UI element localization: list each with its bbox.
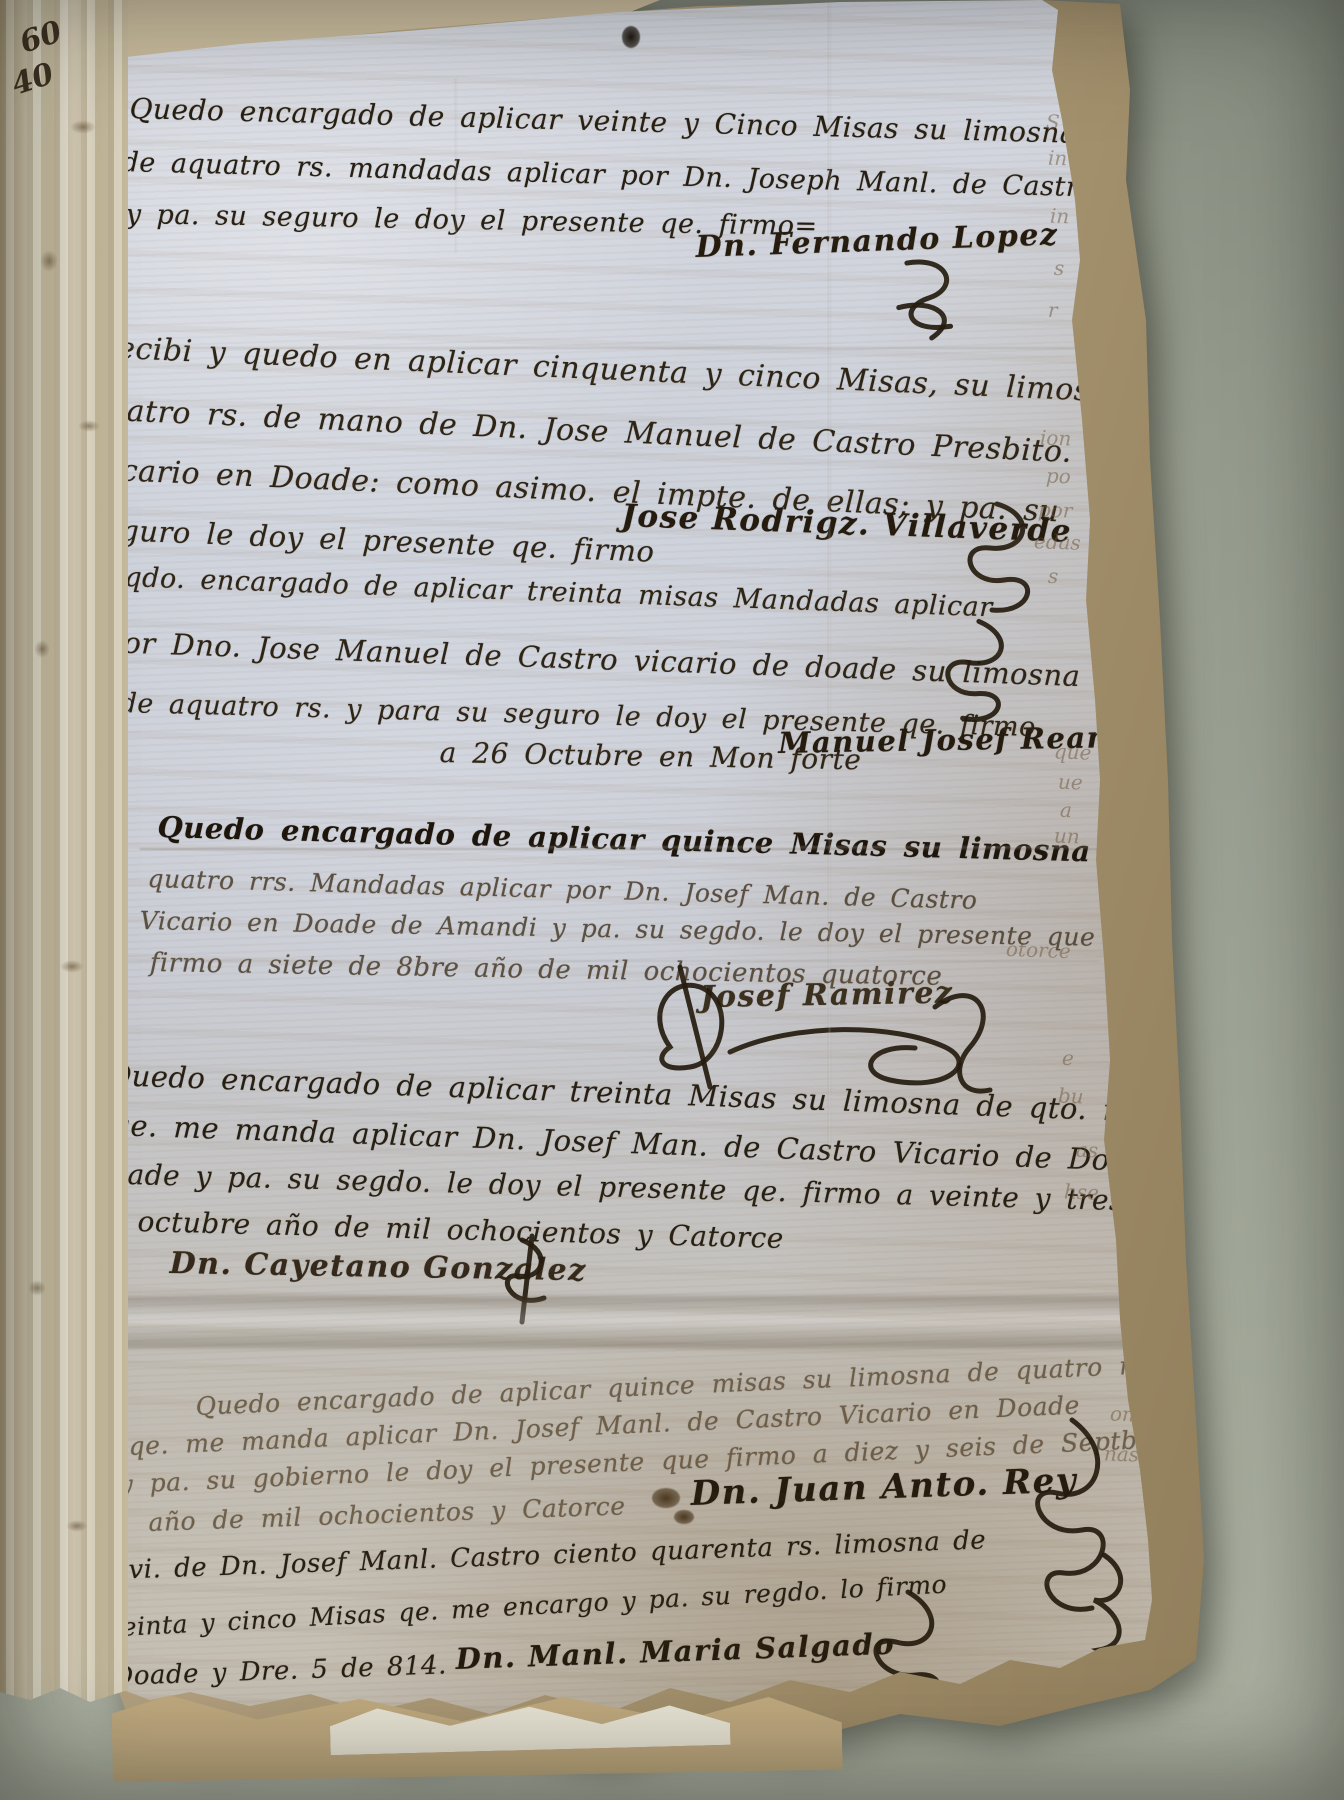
ink-stain [622, 26, 640, 48]
manuscript-line: de aquatro rs. mandadas aplicar por Dn. … [121, 147, 1096, 204]
ink-smudge [34, 640, 50, 658]
rubric-flourish-icon [915, 608, 1037, 739]
manuscript-line: Doade y Dre. 5 de 814. [112, 1650, 447, 1692]
bleed-through-fragment: ue [1058, 770, 1084, 795]
crease [95, 345, 1125, 349]
rubric-flourish-icon [871, 246, 977, 348]
ink-smudge [70, 120, 96, 134]
bleed-through-fragment: hse [1064, 1179, 1100, 1204]
crease [140, 846, 1140, 850]
bleed-through-fragment: as [1076, 1138, 1099, 1163]
manuscript-line: Quedo encargado de aplicar quince Misas … [157, 810, 1091, 868]
fold-band [118, 1296, 1148, 1348]
manuscript-line: Quedo encargado de aplicar veinte y Cinc… [129, 92, 1077, 150]
bleed-through-fragment: S [1046, 110, 1061, 134]
crease [455, 78, 457, 253]
ink-smudge [78, 420, 100, 432]
bleed-through-fragment: que [1054, 739, 1092, 764]
ink-smudge [66, 1520, 88, 1532]
ink-smudge [40, 250, 58, 272]
fold-crease [828, 0, 831, 1160]
bleed-through-fragment: in [1050, 204, 1070, 229]
paper-stack: Quedo encargado de aplicar veinte y Cinc… [0, 0, 1344, 1800]
bleed-through-fragment: ion [1040, 425, 1072, 450]
bleed-through-fragment: e [1062, 1046, 1075, 1070]
crease [120, 958, 1100, 962]
ink-smudge [28, 1280, 46, 1296]
ink-stain [674, 1510, 694, 1524]
bleed-through-fragment: por [1038, 497, 1073, 522]
bleed-through-fragment: s [1054, 256, 1065, 280]
bleed-through-fragment: r [1048, 298, 1058, 322]
ink-stain [652, 1488, 680, 1508]
bleed-through-fragment: a [1060, 798, 1073, 822]
bleed-through-fragment: nas [1104, 1441, 1140, 1466]
bleed-through-fragment: bu [1058, 1084, 1085, 1109]
photo-of-manuscript: Quedo encargado de aplicar veinte y Cinc… [0, 0, 1344, 1800]
signature: Dn. Manl. Maria Salgado [455, 1627, 896, 1676]
ink-smudge [60, 960, 84, 973]
bleed-through-fragment: edas [1034, 529, 1082, 555]
manuscript-line: año de mil ochocientos y Catorce [148, 1491, 626, 1537]
manuscript-line: qdo. encargado de aplicar treinta misas … [124, 562, 993, 623]
ink-stain [1200, 0, 1216, 12]
manuscript-line: seguro le doy el presente qe. firmo [87, 512, 656, 569]
bleed-through-fragment: po [1046, 464, 1072, 489]
left-page-edge [0, 0, 128, 1708]
bleed-through-fragment: s [1048, 564, 1059, 588]
bleed-through-fragment: in [1048, 146, 1068, 171]
bleed-through-fragment: un [1054, 824, 1081, 849]
manuscript-line: quatro rrs. Mandadas aplicar por Dn. Jos… [147, 864, 978, 915]
